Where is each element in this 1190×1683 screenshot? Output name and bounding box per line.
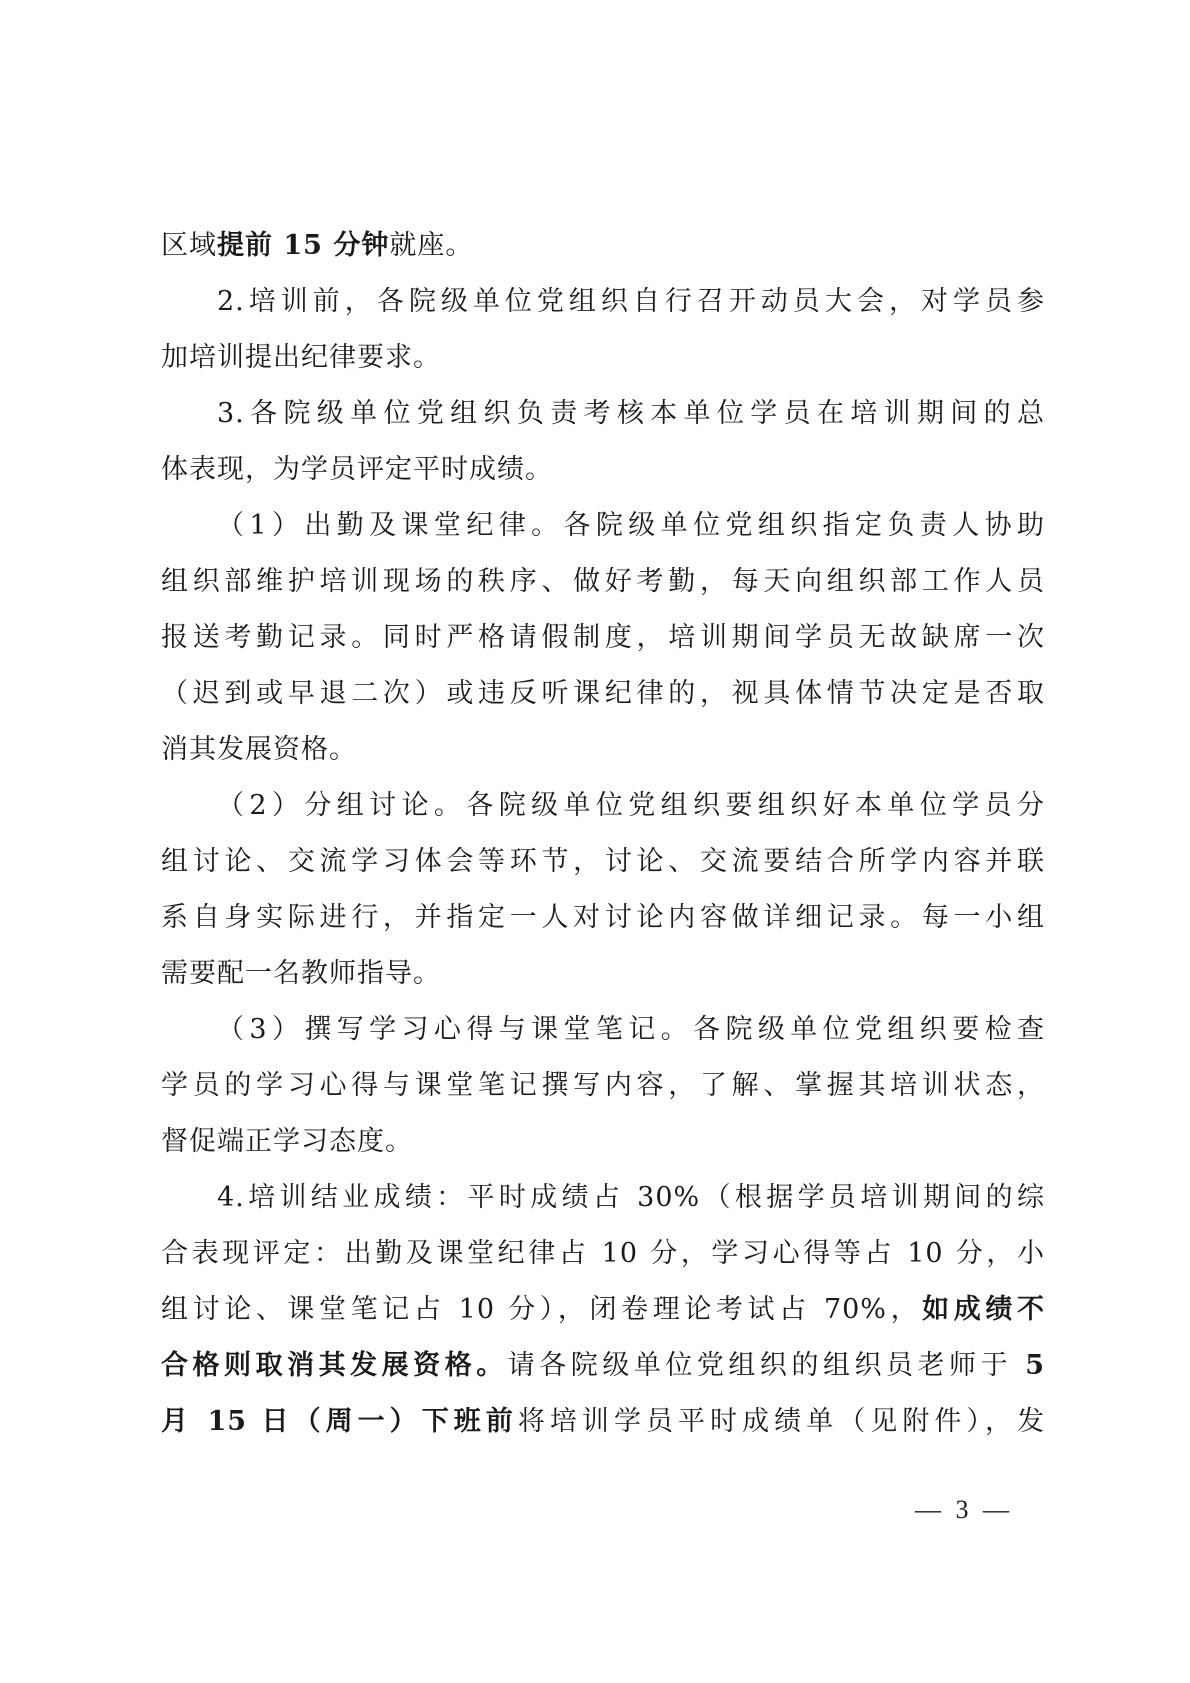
text-line: （1）出勤及课堂纪律。各院级单位党组织指定负责人协助	[161, 498, 1045, 554]
text-line: 学员的学习心得与课堂笔记撰写内容，了解、掌握其培训状态，	[161, 1058, 1045, 1114]
text-segment: 系自身实际进行，并指定一人对讨论内容做详细记录。每一小组	[161, 902, 1045, 933]
text-segment: 组讨论、交流学习体会等环节，讨论、交流要结合所学内容并联	[161, 846, 1045, 877]
text-line: 体表现，为学员评定平时成绩。	[161, 442, 1045, 498]
text-line: 合表现评定：出勤及课堂纪律占 10 分，学习心得等占 10 分，小	[161, 1226, 1045, 1282]
text-line: （2）分组讨论。各院级单位党组织要组织好本单位学员分	[161, 778, 1045, 834]
text-segment: 3.各院级单位党组织负责考核本单位学员在培训期间的总	[217, 398, 1045, 429]
bold-text-segment: 合格则取消其发展资格。	[161, 1350, 508, 1381]
text-line: 4.培训结业成绩：平时成绩占 30%（根据学员培训期间的综	[161, 1170, 1045, 1226]
text-line: 组织部维护培训现场的秩序、做好考勤，每天向组织部工作人员	[161, 554, 1045, 610]
text-segment: 将培训学员平时成绩单（见附件），发	[518, 1406, 1045, 1437]
text-segment: 组织部维护培训现场的秩序、做好考勤，每天向组织部工作人员	[161, 566, 1045, 597]
text-line: （3）撰写学习心得与课堂笔记。各院级单位党组织要检查	[161, 1002, 1045, 1058]
bold-text-segment: 如成绩不	[922, 1294, 1045, 1325]
text-line: 系自身实际进行，并指定一人对讨论内容做详细记录。每一小组	[161, 890, 1045, 946]
text-line: 组讨论、交流学习体会等环节，讨论、交流要结合所学内容并联	[161, 834, 1045, 890]
text-segment: 区域	[161, 230, 217, 261]
text-line: 组讨论、课堂笔记占 10 分），闭卷理论考试占 70%，如成绩不	[161, 1282, 1045, 1338]
text-segment: 督促端正学习态度。	[161, 1126, 413, 1157]
text-line: 报送考勤记录。同时严格请假制度，培训期间学员无故缺席一次	[161, 610, 1045, 666]
body-text: 区域提前 15 分钟就座。2.培训前，各院级单位党组织自行召开动员大会，对学员参…	[161, 218, 1045, 1450]
text-line: 消其发展资格。	[161, 722, 1045, 778]
text-segment: 学员的学习心得与课堂笔记撰写内容，了解、掌握其培训状态，	[161, 1070, 1045, 1101]
text-segment: 2.培训前，各院级单位党组织自行召开动员大会，对学员参	[217, 286, 1045, 317]
text-segment: 消其发展资格。	[161, 734, 357, 765]
bold-text-segment: 5	[1025, 1350, 1045, 1381]
text-segment: 报送考勤记录。同时严格请假制度，培训期间学员无故缺席一次	[161, 622, 1045, 653]
text-segment: 加培训提出纪律要求。	[161, 342, 441, 373]
text-line: （迟到或早退二次）或违反听课纪律的，视具体情节决定是否取	[161, 666, 1045, 722]
bold-text-segment: 月 15 日（周一）下班前	[161, 1406, 518, 1437]
text-segment: 组讨论、课堂笔记占 10 分），闭卷理论考试占 70%，	[161, 1294, 922, 1325]
text-line: 3.各院级单位党组织负责考核本单位学员在培训期间的总	[161, 386, 1045, 442]
text-line: 合格则取消其发展资格。请各院级单位党组织的组织员老师于 5	[161, 1338, 1045, 1394]
text-segment: （2）分组讨论。各院级单位党组织要组织好本单位学员分	[217, 790, 1045, 821]
text-segment: 就座。	[389, 230, 473, 261]
text-segment: 体表现，为学员评定平时成绩。	[161, 454, 553, 485]
text-line: 加培训提出纪律要求。	[161, 330, 1045, 386]
document-page: 区域提前 15 分钟就座。2.培训前，各院级单位党组织自行召开动员大会，对学员参…	[0, 0, 1190, 1683]
text-segment: 请各院级单位党组织的组织员老师于	[508, 1350, 1025, 1381]
text-segment: 4.培训结业成绩：平时成绩占 30%（根据学员培训期间的综	[217, 1182, 1045, 1213]
text-line: 区域提前 15 分钟就座。	[161, 218, 1045, 274]
text-segment: （3）撰写学习心得与课堂笔记。各院级单位党组织要检查	[217, 1014, 1045, 1045]
text-line: 2.培训前，各院级单位党组织自行召开动员大会，对学员参	[161, 274, 1045, 330]
text-segment: 需要配一名教师指导。	[161, 958, 441, 989]
page-number: — 3 —	[915, 1495, 1013, 1525]
text-line: 需要配一名教师指导。	[161, 946, 1045, 1002]
text-line: 月 15 日（周一）下班前将培训学员平时成绩单（见附件），发	[161, 1394, 1045, 1450]
text-line: 督促端正学习态度。	[161, 1114, 1045, 1170]
text-segment: 合表现评定：出勤及课堂纪律占 10 分，学习心得等占 10 分，小	[161, 1238, 1045, 1269]
text-segment: （1）出勤及课堂纪律。各院级单位党组织指定负责人协助	[217, 510, 1045, 541]
text-segment: （迟到或早退二次）或违反听课纪律的，视具体情节决定是否取	[161, 678, 1045, 709]
bold-text-segment: 提前 15 分钟	[217, 230, 389, 261]
